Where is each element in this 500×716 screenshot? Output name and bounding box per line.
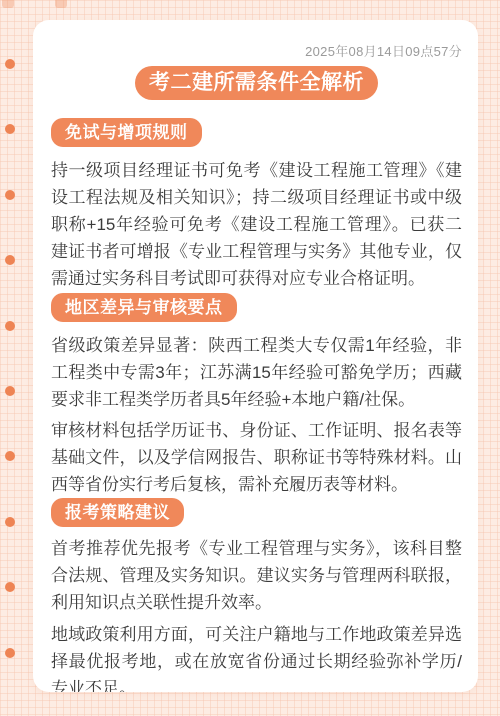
paragraph: 地域政策利用方面，可关注户籍地与工作地政策差异选择最优报考地，或在放宽省份通过长… [51, 621, 462, 692]
bullet-dot-icon [5, 517, 15, 527]
section-heading-exemption-rules: 免试与增项规则 [51, 118, 202, 147]
bullet-dot-icon [5, 451, 15, 461]
bullet-dot-icon [5, 321, 15, 331]
paragraph: 首考推荐优先报考《专业工程管理与实务》，该科目整合法规、管理及实务知识。建议实务… [51, 535, 462, 616]
bullet-dot-icon [5, 648, 15, 658]
left-dot-rail [0, 0, 33, 716]
bullet-dot-icon [5, 386, 15, 396]
bullet-dot-icon [5, 582, 15, 592]
section-heading-regional-differences: 地区差异与审核要点 [51, 293, 237, 322]
bullet-dot-icon [5, 59, 15, 69]
paragraph: 审核材料包括学历证书、身份证、工作证明、报名表等基础文件，以及学信网报告、职称证… [51, 417, 462, 498]
timestamp: 2025年08月14日09点57分 [51, 44, 462, 60]
section-heading-application-strategy: 报考策略建议 [51, 498, 184, 527]
infographic-page: { "meta": { "timestamp": "2025年08月14日09点… [0, 0, 500, 716]
corner-square-icon [55, 0, 67, 8]
content-card: 2025年08月14日09点57分 考二建所需条件全解析 免试与增项规则 持一级… [33, 20, 478, 692]
paragraph: 持一级项目经理证书可免考《建设工程施工管理》《建设工程法规及相关知识》；持二级项… [51, 157, 462, 292]
bullet-dot-icon [5, 124, 15, 134]
page-title: 考二建所需条件全解析 [135, 66, 378, 100]
bullet-dot-icon [5, 255, 15, 265]
paragraph: 省级政策差异显著：陕西工程类大专仅需1年经验，非工程类中专需3年；江苏满15年经… [51, 332, 462, 413]
bullet-dot-icon [5, 190, 15, 200]
